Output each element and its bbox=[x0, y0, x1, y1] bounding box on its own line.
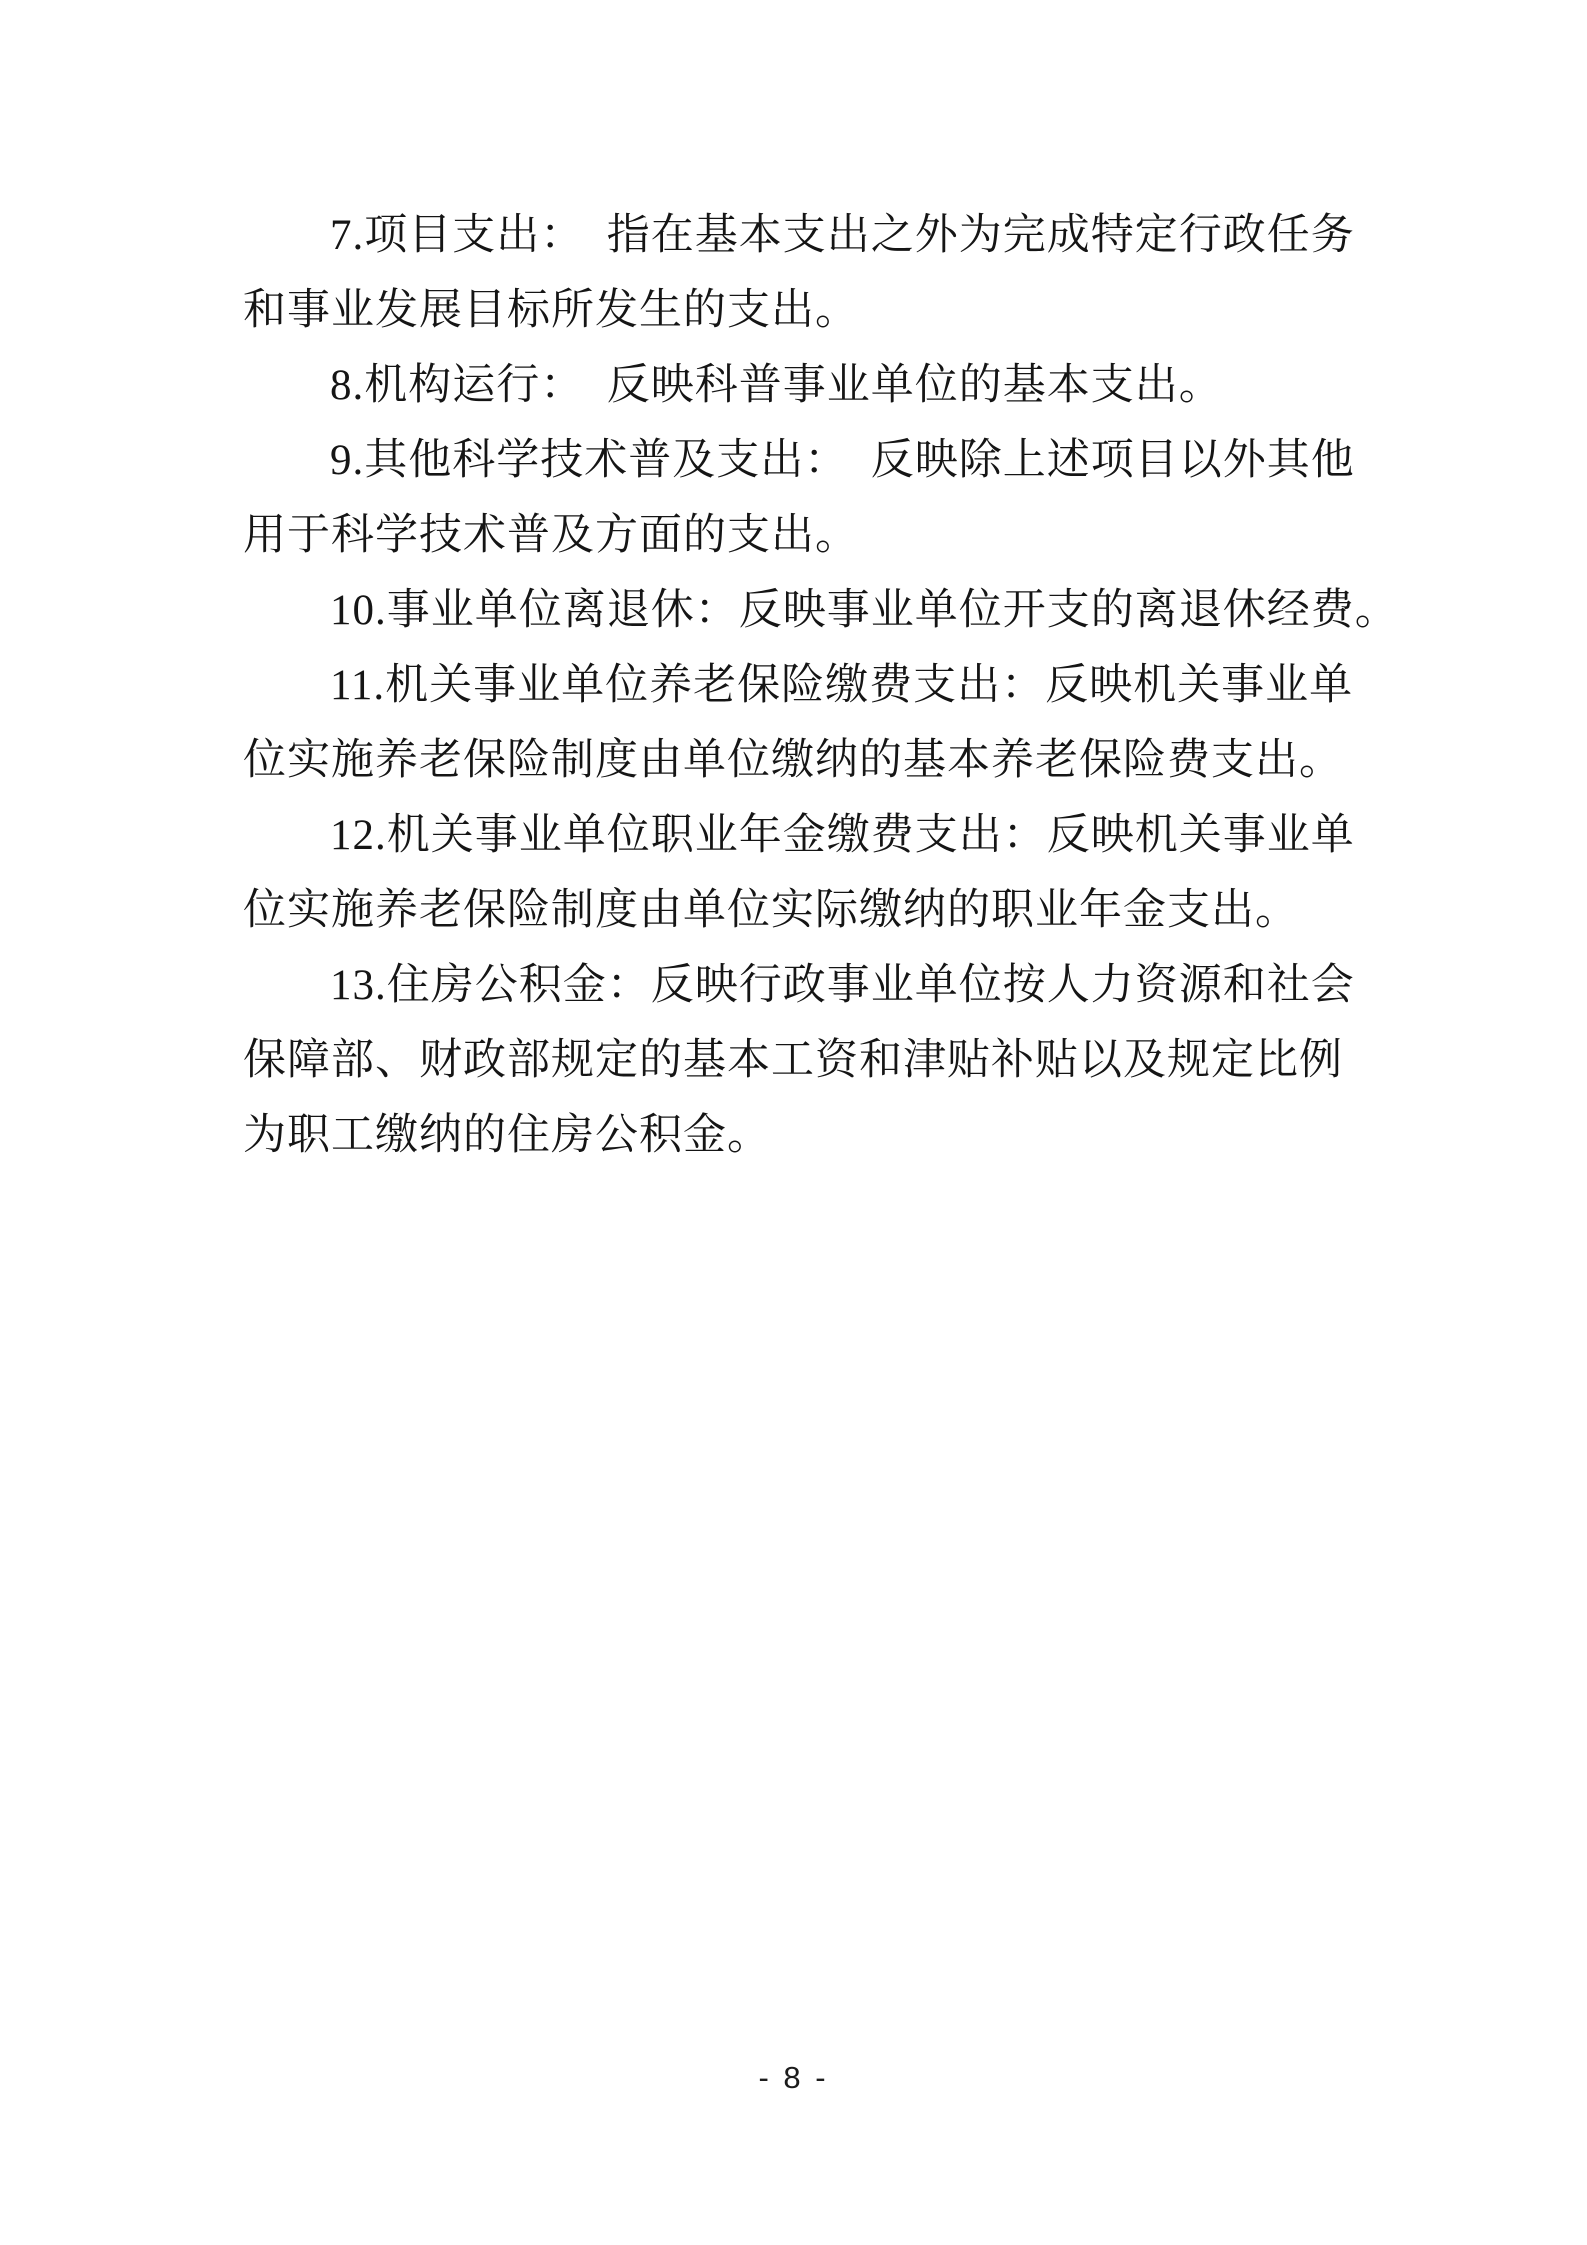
text-line: 用于科学技术普及方面的支出。 bbox=[243, 498, 1361, 573]
paragraph-item-13: 13.住房公积金：反映行政事业单位按人力资源和社会 保障部、财政部规定的基本工资… bbox=[243, 948, 1361, 1173]
paragraph-item-11: 11.机关事业单位养老保险缴费支出：反映机关事业单 位实施养老保险制度由单位缴纳… bbox=[243, 648, 1361, 798]
text-line: 13.住房公积金：反映行政事业单位按人力资源和社会 bbox=[243, 948, 1361, 1023]
page-number: - 8 - bbox=[758, 2060, 828, 2095]
page-footer: - 8 - bbox=[0, 2058, 1587, 2098]
text-line: 为职工缴纳的住房公积金。 bbox=[243, 1098, 1361, 1173]
document-body: 7.项目支出： 指在基本支出之外为完成特定行政任务 和事业发展目标所发生的支出。… bbox=[243, 198, 1361, 1173]
text-line: 和事业发展目标所发生的支出。 bbox=[243, 273, 1361, 348]
paragraph-item-9: 9.其他科学技术普及支出： 反映除上述项目以外其他 用于科学技术普及方面的支出。 bbox=[243, 423, 1361, 573]
text-line: 10.事业单位离退休：反映事业单位开支的离退休经费。 bbox=[243, 573, 1361, 648]
paragraph-item-12: 12.机关事业单位职业年金缴费支出：反映机关事业单 位实施养老保险制度由单位实际… bbox=[243, 798, 1361, 948]
text-line: 8.机构运行： 反映科普事业单位的基本支出。 bbox=[243, 348, 1361, 423]
text-line: 保障部、财政部规定的基本工资和津贴补贴以及规定比例 bbox=[243, 1023, 1361, 1098]
text-line: 位实施养老保险制度由单位缴纳的基本养老保险费支出。 bbox=[243, 723, 1361, 798]
text-line: 9.其他科学技术普及支出： 反映除上述项目以外其他 bbox=[243, 423, 1361, 498]
paragraph-item-10: 10.事业单位离退休：反映事业单位开支的离退休经费。 bbox=[243, 573, 1361, 648]
text-line: 11.机关事业单位养老保险缴费支出：反映机关事业单 bbox=[243, 648, 1361, 723]
paragraph-item-7: 7.项目支出： 指在基本支出之外为完成特定行政任务 和事业发展目标所发生的支出。 bbox=[243, 198, 1361, 348]
paragraph-item-8: 8.机构运行： 反映科普事业单位的基本支出。 bbox=[243, 348, 1361, 423]
text-line: 7.项目支出： 指在基本支出之外为完成特定行政任务 bbox=[243, 198, 1361, 273]
text-line: 12.机关事业单位职业年金缴费支出：反映机关事业单 bbox=[243, 798, 1361, 873]
document-page: 7.项目支出： 指在基本支出之外为完成特定行政任务 和事业发展目标所发生的支出。… bbox=[0, 0, 1587, 2245]
text-line: 位实施养老保险制度由单位实际缴纳的职业年金支出。 bbox=[243, 873, 1361, 948]
